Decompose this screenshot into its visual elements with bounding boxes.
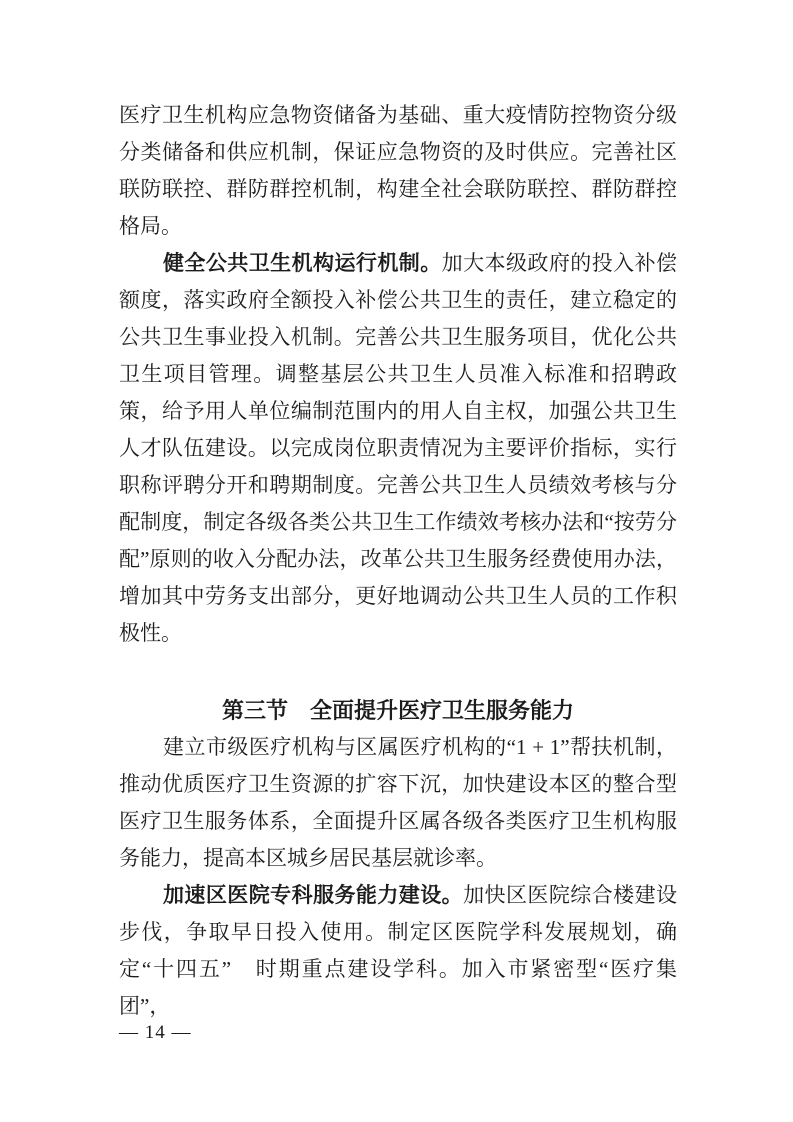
paragraph: 健全公共卫生机构运行机制。加大本级政府的投入补偿额度，落实政府全额投入补偿公共卫… — [119, 245, 677, 652]
paragraph: 加速区医院专科服务能力建设。加快区医院综合楼建设步伐，争取早日投入使用。制定区医… — [119, 877, 677, 1025]
paragraph-text: 医疗卫生机构应急物资储备为基础、重大疫情防控物资分级分类储备和供应机制，保证应急… — [119, 103, 677, 238]
document-page: 医疗卫生机构应急物资储备为基础、重大疫情防控物资分级分类储备和供应机制，保证应急… — [0, 0, 793, 1122]
section-heading: 第三节 全面提升医疗卫生服务能力 — [119, 692, 677, 729]
page-number: — 14 — — [119, 1021, 192, 1045]
paragraph-lead-bold: 加速区医院专科服务能力建设。 — [163, 883, 463, 907]
paragraph-lead-bold: 健全公共卫生机构运行机制。 — [163, 251, 442, 275]
text-block: 医疗卫生机构应急物资储备为基础、重大疫情防控物资分级分类储备和供应机制，保证应急… — [119, 97, 677, 1025]
paragraph: 建立市级医疗机构与区属医疗机构的“1 + 1”帮扶机制，推动优质医疗卫生资源的扩… — [119, 729, 677, 877]
paragraph-text: 建立市级医疗机构与区属医疗机构的“1 + 1”帮扶机制，推动优质医疗卫生资源的扩… — [119, 735, 677, 870]
paragraph: 医疗卫生机构应急物资储备为基础、重大疫情防控物资分级分类储备和供应机制，保证应急… — [119, 97, 677, 245]
paragraph-text: 加大本级政府的投入补偿额度，落实政府全额投入补偿公共卫生的责任，建立稳定的公共卫… — [119, 251, 677, 645]
